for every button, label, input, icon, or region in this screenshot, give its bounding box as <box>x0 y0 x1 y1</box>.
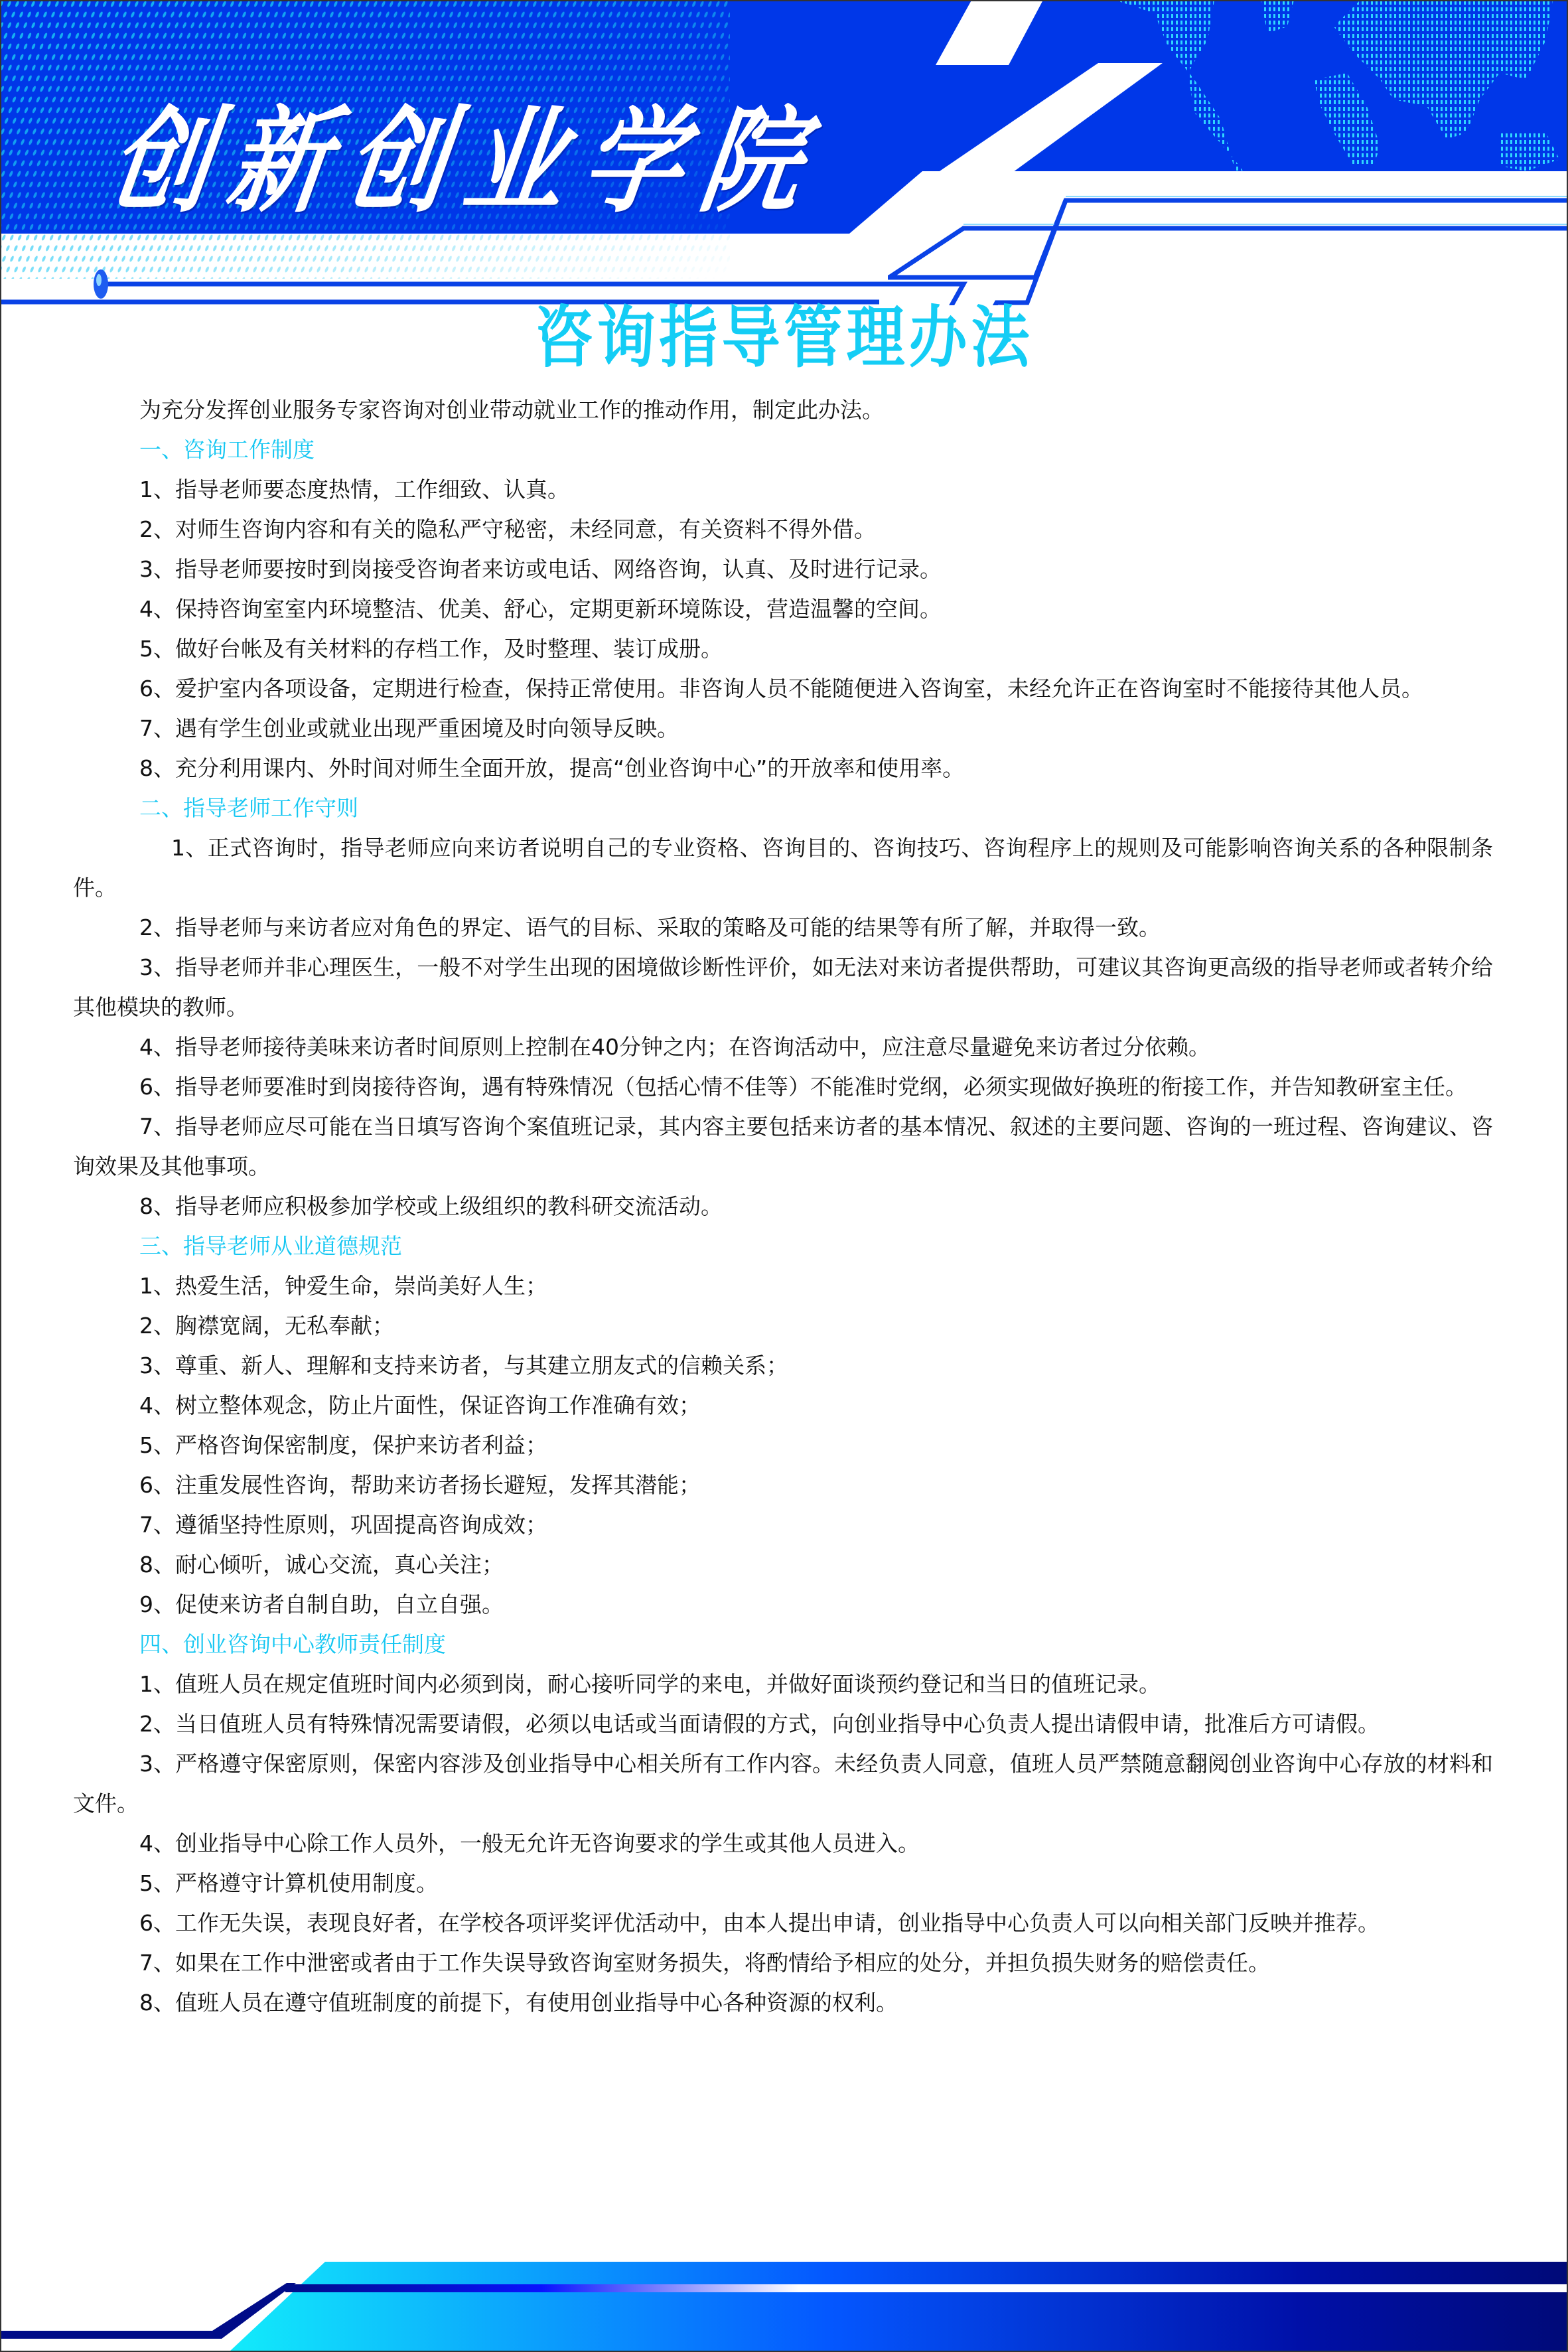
list-item: 6、爱护室内各项设备，定期进行检查，保持正常使用。非咨询人员不能随便进入咨询室，… <box>73 669 1493 709</box>
list-item: 2、对师生咨询内容和有关的隐私严守秘密，未经同意，有关资料不得外借。 <box>73 510 1493 550</box>
list-item: 3、指导老师要按时到岗接受咨询者来访或电话、网络咨询，认真、及时进行记录。 <box>73 550 1493 589</box>
list-item: 4、树立整体观念，防止片面性，保证咨询工作准确有效； <box>73 1386 1493 1426</box>
list-item: 8、充分利用课内、外时间对师生全面开放，提高“创业咨询中心”的开放率和使用率。 <box>73 749 1493 788</box>
list-item: 5、做好台帐及有关材料的存档工作，及时整理、装订成册。 <box>73 629 1493 669</box>
list-item: 1、热爱生活，钟爱生命，崇尚美好人生； <box>73 1266 1493 1306</box>
list-item: 1、值班人员在规定值班时间内必须到岗，耐心接听同学的来电，并做好面谈预约登记和当… <box>73 1664 1493 1704</box>
list-item: 6、指导老师要准时到岗接待咨询，遇有特殊情况（包括心情不佳等）不能准时党纲，必须… <box>73 1067 1493 1107</box>
section-heading-3: 三、指导老师从业道德规范 <box>73 1226 1493 1266</box>
list-item: 4、指导老师接待美味来访者时间原则上控制在40分钟之内；在咨询活动中，应注意尽量… <box>73 1027 1493 1067</box>
list-item: 2、当日值班人员有特殊情况需要请假，必须以电话或当面请假的方式，向创业指导中心负… <box>73 1704 1493 1744</box>
list-item: 8、耐心倾听，诚心交流，真心关注； <box>73 1545 1493 1585</box>
list-item: 5、严格遵守计算机使用制度。 <box>73 1864 1493 1903</box>
list-item: 8、值班人员在遵守值班制度的前提下，有使用创业指导中心各种资源的权利。 <box>73 1983 1493 2023</box>
list-item: 4、创业指导中心除工作人员外，一般无允许无咨询要求的学生或其他人员进入。 <box>73 1824 1493 1864</box>
list-item: 3、严格遵守保密原则，保密内容涉及创业指导中心相关所有工作内容。未经负责人同意，… <box>73 1744 1493 1824</box>
section-heading-1: 一、咨询工作制度 <box>73 430 1493 470</box>
list-item: 1、指导老师要态度热情，工作细致、认真。 <box>73 470 1493 510</box>
footer-decoration <box>0 2217 1568 2352</box>
header-banner: 创新创业学院 <box>0 0 1568 305</box>
brand-title: 创新创业学院 <box>102 69 833 234</box>
list-item: 9、促使来访者自制自助，自立自强。 <box>73 1585 1493 1625</box>
list-item: 7、遵循坚持性原则，巩固提高咨询成效； <box>73 1505 1493 1545</box>
list-item: 7、遇有学生创业或就业出现严重困境及时向领导反映。 <box>73 709 1493 749</box>
list-item: 6、注重发展性咨询，帮助来访者扬长避短，发挥其潜能； <box>73 1465 1493 1505</box>
list-item: 5、严格咨询保密制度，保护来访者利益； <box>73 1426 1493 1465</box>
list-item: 7、指导老师应尽可能在当日填写咨询个案值班记录，其内容主要包括来访者的基本情况、… <box>73 1107 1493 1187</box>
list-item: 2、胸襟宽阔，无私奉献； <box>73 1306 1493 1346</box>
footer-banner <box>0 2217 1568 2352</box>
list-item: 2、指导老师与来访者应对角色的界定、语气的目标、采取的策略及可能的结果等有所了解… <box>73 908 1493 948</box>
list-item: 4、保持咨询室室内环境整洁、优美、舒心，定期更新环境陈设，营造温馨的空间。 <box>73 589 1493 629</box>
list-item: 7、如果在工作中泄密或者由于工作失误导致咨询室财务损失，将酌情给予相应的处分，并… <box>73 1943 1493 1983</box>
list-item: 3、尊重、新人、理解和支持来访者，与其建立朋友式的信赖关系； <box>73 1346 1493 1386</box>
list-item: 8、指导老师应积极参加学校或上级组织的教科研交流活动。 <box>73 1187 1493 1226</box>
section-heading-2: 二、指导老师工作守则 <box>73 788 1493 828</box>
intro-paragraph: 为充分发挥创业服务专家咨询对创业带动就业工作的推动作用，制定此办法。 <box>73 390 1493 430</box>
document-body: 为充分发挥创业服务专家咨询对创业带动就业工作的推动作用，制定此办法。 一、咨询工… <box>73 390 1493 2023</box>
section-heading-4: 四、创业咨询中心教师责任制度 <box>73 1625 1493 1664</box>
list-item: 6、工作无失误，表现良好者，在学校各项评奖评优活动中，由本人提出申请，创业指导中… <box>73 1903 1493 1943</box>
list-item: 3、指导老师并非心理医生，一般不对学生出现的困境做诊断性评价，如无法对来访者提供… <box>73 948 1493 1027</box>
document-title: 咨询指导管理办法 <box>0 285 1568 381</box>
list-item: 1、正式咨询时，指导老师应向来访者说明自己的专业资格、咨询目的、咨询技巧、咨询程… <box>73 828 1493 908</box>
